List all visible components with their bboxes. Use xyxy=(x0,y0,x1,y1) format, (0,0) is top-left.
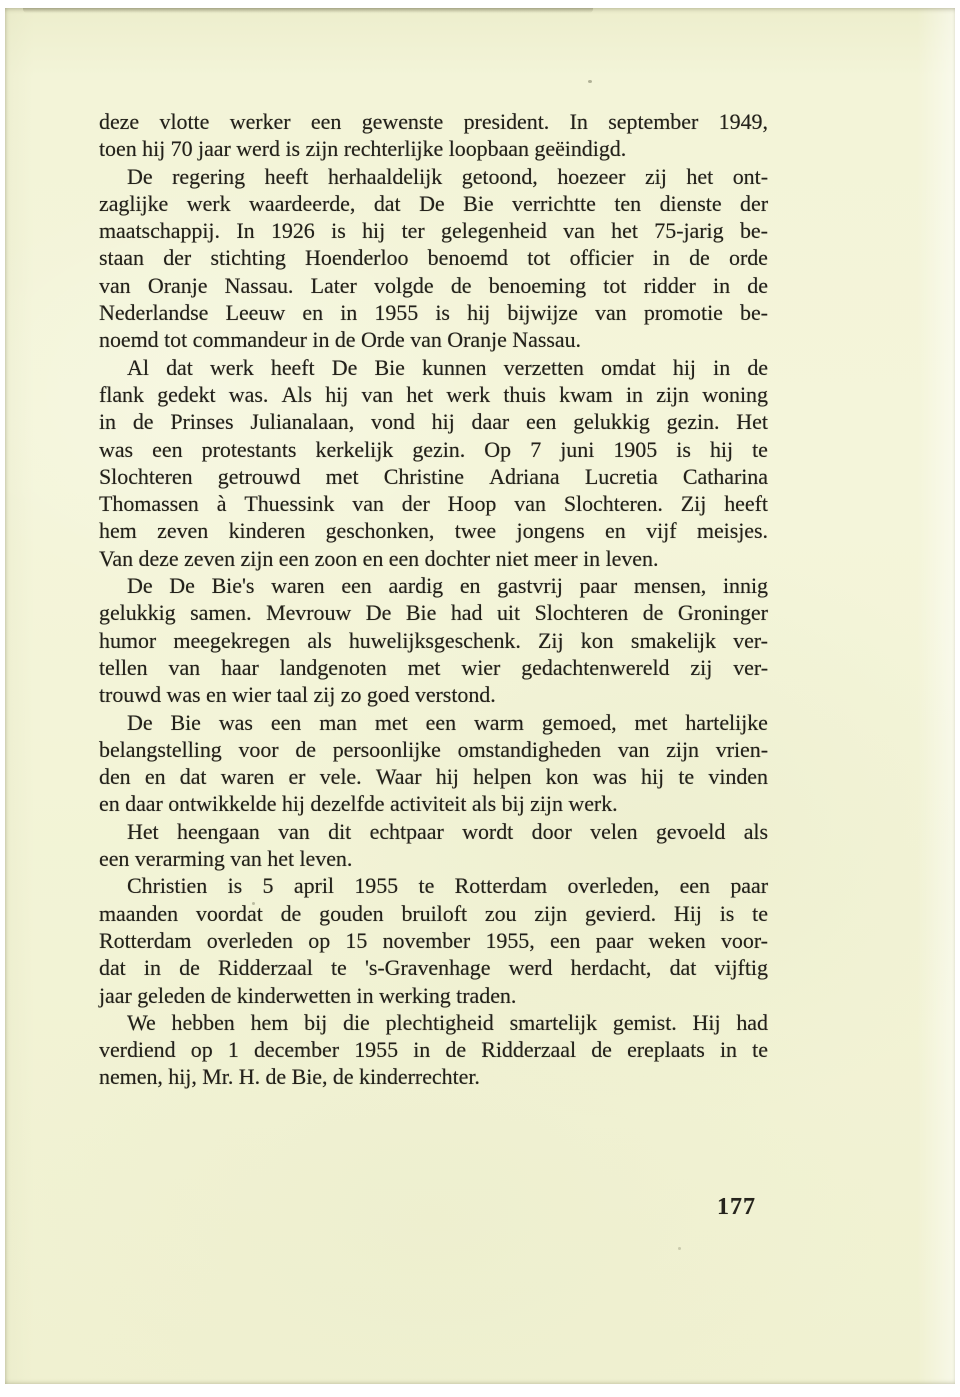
word: Christien xyxy=(127,872,207,899)
word: de xyxy=(133,408,154,435)
text-line: jaar geleden de kinderwetten in werking … xyxy=(99,982,768,1009)
word: gelegenheid xyxy=(441,217,547,244)
word: de xyxy=(179,954,200,981)
word: orde xyxy=(729,244,768,271)
word: den xyxy=(99,763,131,790)
word: zaglijke xyxy=(99,190,168,217)
word: stichting xyxy=(210,244,285,271)
word: De xyxy=(127,163,153,190)
word: gedachtenwereld xyxy=(521,654,669,681)
word: de xyxy=(747,272,768,299)
word: tot xyxy=(603,272,626,299)
word: overleden, xyxy=(567,872,659,899)
word: vrien- xyxy=(716,736,768,763)
word: in xyxy=(99,408,116,435)
word: 1955 xyxy=(354,1036,398,1063)
word: 5 xyxy=(263,872,274,899)
word: twee xyxy=(455,517,496,544)
word: Slochteren. xyxy=(564,490,663,517)
text-line: een verarming van het leven. xyxy=(99,845,768,872)
word: van xyxy=(618,736,650,763)
word: te xyxy=(752,900,768,927)
word: er xyxy=(288,763,305,790)
word: warm xyxy=(474,709,524,736)
word: De xyxy=(169,572,195,599)
text-line: Rotterdamoverledenop15november1955,eenpa… xyxy=(99,927,768,954)
word: Op xyxy=(484,436,511,463)
word: een xyxy=(341,572,371,599)
text-line: noemd tot commandeur in de Orde van Oran… xyxy=(99,326,768,353)
word: overleden xyxy=(207,927,293,954)
word: Zij xyxy=(538,627,564,654)
word: Lucretia xyxy=(585,463,658,490)
word: hij xyxy=(467,299,490,326)
word: 1955 xyxy=(354,872,398,899)
word: dat xyxy=(670,954,697,981)
word: is xyxy=(228,872,243,899)
word: die xyxy=(343,1009,370,1036)
word: Bie xyxy=(171,709,201,736)
word: omdat xyxy=(601,354,656,381)
word: met xyxy=(326,463,359,490)
word: december xyxy=(254,1036,339,1063)
word: ver- xyxy=(733,654,768,681)
word: van xyxy=(352,490,384,517)
word: te xyxy=(752,436,768,463)
word: in xyxy=(713,354,730,381)
word: werk xyxy=(210,354,254,381)
word: het xyxy=(686,163,713,190)
word: Als xyxy=(282,381,312,408)
word: Rotterdam xyxy=(455,872,547,899)
text-line: Van deze zeven zijn een zoon en een doch… xyxy=(99,545,768,572)
text-line: Hetheengaanvanditechtpaarwordtdoorveleng… xyxy=(99,818,768,845)
word: gevierd. xyxy=(585,900,656,927)
word: hij xyxy=(362,217,385,244)
word: in xyxy=(713,272,730,299)
word: zijn xyxy=(666,736,699,763)
word: van xyxy=(514,490,546,517)
word: hij xyxy=(673,354,696,381)
word: dat xyxy=(180,763,207,790)
word: huwelijksgeschenk. xyxy=(349,627,521,654)
word: zijn xyxy=(656,381,689,408)
word: De xyxy=(127,709,153,736)
word: waren xyxy=(271,572,325,599)
word: van xyxy=(99,272,131,299)
word: paar xyxy=(730,872,768,899)
text-line: Wehebbenhembijdieplechtigheidsmartelijkg… xyxy=(99,1009,768,1036)
word: een xyxy=(526,408,556,435)
word: omstandigheden xyxy=(458,736,602,763)
word: kwam xyxy=(559,381,613,408)
word: als xyxy=(744,818,768,845)
word: be- xyxy=(740,217,768,244)
word: te xyxy=(419,872,435,899)
scan-speck xyxy=(588,80,592,83)
word: Hij xyxy=(674,900,702,927)
word: tot xyxy=(527,244,550,271)
word: en xyxy=(302,299,323,326)
word: De xyxy=(332,354,358,381)
word: belangstelling xyxy=(99,736,222,763)
word: Prinses xyxy=(170,408,233,435)
text-line: dezevlottewerkereengewenstepresident.Ins… xyxy=(99,108,768,135)
word: samen. xyxy=(190,599,251,626)
word: vijf xyxy=(646,517,676,544)
word: in xyxy=(653,244,670,271)
word: Adriana xyxy=(489,463,560,490)
word: in xyxy=(720,1036,737,1063)
word: was. xyxy=(229,381,269,408)
word: We xyxy=(127,1009,156,1036)
word: paar xyxy=(580,572,618,599)
word: woning xyxy=(702,381,768,408)
word: be- xyxy=(740,299,768,326)
word: 1949, xyxy=(719,108,768,135)
word: van xyxy=(278,818,310,845)
word: De xyxy=(419,190,445,217)
word: deze xyxy=(99,108,139,135)
word: wier xyxy=(461,654,500,681)
word: hebben xyxy=(172,1009,235,1036)
word: Bie xyxy=(374,354,404,381)
text-line: en daar ontwikkelde hij dezelfde activit… xyxy=(99,790,768,817)
word: september xyxy=(608,108,698,135)
word: velen xyxy=(590,818,637,845)
word: hartelijke xyxy=(685,709,768,736)
word: smakelijk xyxy=(631,627,716,654)
word: de xyxy=(747,354,768,381)
word: gedekt xyxy=(157,381,215,408)
text-line: hemzevenkinderengeschonken,tweejongensen… xyxy=(99,517,768,544)
word: met xyxy=(375,709,408,736)
word: president. xyxy=(464,108,550,135)
word: dat xyxy=(99,954,126,981)
word: door xyxy=(532,818,572,845)
word: dat xyxy=(166,354,193,381)
word: november xyxy=(383,927,471,954)
word: verrichtte xyxy=(512,190,596,217)
text-line: maatschappij.In1926ishijtergelegenheidva… xyxy=(99,217,768,244)
word: vond xyxy=(371,408,415,435)
word: der xyxy=(163,244,191,271)
word: thuis xyxy=(503,381,546,408)
word: gezin. xyxy=(667,408,720,435)
text-line: tellenvanhaarlandgenotenmetwiergedachten… xyxy=(99,654,768,681)
word: Leeuw xyxy=(226,299,286,326)
word: gewenste xyxy=(362,108,443,135)
word: was xyxy=(593,763,627,790)
text-line: datindeRidderzaalte's-Gravenhagewerdherd… xyxy=(99,954,768,981)
word: der xyxy=(402,490,430,517)
word: ver- xyxy=(733,627,768,654)
word: hem xyxy=(251,1009,289,1036)
word: gastvrij xyxy=(497,572,563,599)
word: en xyxy=(145,763,166,790)
word: benoeming xyxy=(489,272,586,299)
word: gemoed, xyxy=(542,709,617,736)
word: wordt xyxy=(462,818,513,845)
word: 1955, xyxy=(485,927,534,954)
text-line: NederlandseLeeuwenin1955ishijbijwijzevan… xyxy=(99,299,768,326)
word: kerkelijk xyxy=(316,436,394,463)
text-line: Christienis5april1955teRotterdamoverlede… xyxy=(99,872,768,899)
word: Thomassen xyxy=(99,490,199,517)
word: bruiloft xyxy=(401,900,467,927)
text-line: nemen, hij, Mr. H. de Bie, de kinderrech… xyxy=(99,1063,768,1090)
word: landgenoten xyxy=(280,654,387,681)
word: gemist. xyxy=(613,1009,677,1036)
word: van xyxy=(563,217,595,244)
word: en xyxy=(460,572,481,599)
text-line: vanOranjeNassau.Latervolgdedebenoemingto… xyxy=(99,272,768,299)
word: echtpaar xyxy=(370,818,444,845)
word: 1 xyxy=(228,1036,239,1063)
word: hij xyxy=(432,408,455,435)
word: uit xyxy=(497,599,520,626)
word: vele. xyxy=(320,763,362,790)
word: getoond, xyxy=(462,163,538,190)
word: bijwijze xyxy=(507,299,577,326)
word: humor xyxy=(99,627,156,654)
word: Rotterdam xyxy=(99,927,191,954)
word: hij xyxy=(641,763,664,790)
text-line: gelukkigsamen.MevrouwDeBiehaduitSlochter… xyxy=(99,599,768,626)
word: Al xyxy=(127,354,149,381)
word: in xyxy=(413,1036,430,1063)
word: In xyxy=(236,217,254,244)
word: de xyxy=(295,736,316,763)
text-line: toen hij 70 jaar werd is zijn rechterlij… xyxy=(99,135,768,162)
word: Mevrouw xyxy=(266,599,351,626)
word: benoemd xyxy=(428,244,508,271)
word: ridder xyxy=(644,272,696,299)
word: verdiend xyxy=(99,1036,176,1063)
word: kinderen xyxy=(229,517,306,544)
scan-speck xyxy=(678,1247,681,1250)
word: hem xyxy=(99,517,137,544)
word: vinden xyxy=(708,763,768,790)
word: ont- xyxy=(733,163,768,190)
word: van xyxy=(169,654,201,681)
word: zou xyxy=(485,900,517,927)
word: de xyxy=(451,272,472,299)
text-line: zaglijkewerkwaardeerde,datDeBieverrichtt… xyxy=(99,190,768,217)
word: ten xyxy=(614,190,641,217)
word: meegekregen xyxy=(173,627,290,654)
word: is xyxy=(720,900,735,927)
word: man xyxy=(319,709,357,736)
word: Het xyxy=(736,408,768,435)
scan-background: { "page": { "number": "177", "paper_colo… xyxy=(0,0,960,1397)
word: protestants xyxy=(202,436,297,463)
word: een xyxy=(680,872,710,899)
text-line: DeBiewaseenmanmeteenwarmgemoed,methartel… xyxy=(99,709,768,736)
word: smartelijk xyxy=(510,1009,597,1036)
word: te xyxy=(752,1036,768,1063)
word: jongens xyxy=(517,517,585,544)
word: Christine xyxy=(384,463,464,490)
text-line: Deregeringheeftherhaaldelijkgetoond,hoez… xyxy=(99,163,768,190)
word: 1955 xyxy=(374,299,418,326)
word: verzetten xyxy=(504,354,584,381)
word: in xyxy=(144,954,161,981)
word: een xyxy=(426,709,456,736)
word: 7 xyxy=(530,436,541,463)
word: in xyxy=(626,381,643,408)
word: Groninger xyxy=(678,599,768,626)
word: hoezeer xyxy=(557,163,625,190)
word: daar xyxy=(472,408,510,435)
word: Het xyxy=(127,818,159,845)
word: Hij xyxy=(693,1009,721,1036)
word: juni xyxy=(560,436,594,463)
word: was xyxy=(99,436,133,463)
word: Hoenderloo xyxy=(305,244,408,271)
word: kon xyxy=(581,627,614,654)
word: geschonken, xyxy=(326,517,435,544)
word: maatschappij. xyxy=(99,217,220,244)
word: bij xyxy=(304,1009,327,1036)
word: persoonlijke xyxy=(333,736,441,763)
word: een xyxy=(271,709,301,736)
word: Zij xyxy=(681,490,707,517)
word: heeft xyxy=(724,490,768,517)
word: hij xyxy=(325,381,348,408)
word: met xyxy=(408,654,441,681)
word: april xyxy=(294,872,334,899)
word: hij xyxy=(436,763,459,790)
word: voor xyxy=(238,736,278,763)
word: gouden xyxy=(319,900,383,927)
text-line: maandenvoordatdegoudenbruiloftzouzijngev… xyxy=(99,900,768,927)
word: gevoeld xyxy=(656,818,725,845)
word: officier xyxy=(570,244,634,271)
word: heeft xyxy=(265,163,309,190)
word: gezin. xyxy=(412,436,465,463)
page-top-edge-smudge xyxy=(23,8,593,13)
text-line: trouwd was en wier taal zij zo goed vers… xyxy=(99,681,768,708)
word: werker xyxy=(230,108,291,135)
word: waren xyxy=(221,763,275,790)
text-line: humormeegekregenalshuwelijksgeschenk.Zij… xyxy=(99,627,768,654)
text-line: DeDeBie'swareneenaardigengastvrijpaarmen… xyxy=(99,572,768,599)
word: voor- xyxy=(721,927,768,954)
word: dit xyxy=(328,818,351,845)
word: de xyxy=(591,1036,612,1063)
text-line: flankgedektwas.Alshijvanhetwerkthuiskwam… xyxy=(99,381,768,408)
word: heeft xyxy=(271,354,315,381)
word: à xyxy=(217,490,227,517)
word: het xyxy=(406,381,433,408)
word: De xyxy=(366,599,392,626)
word: innig xyxy=(723,572,768,599)
word: Slochteren xyxy=(99,463,193,490)
word: had xyxy=(451,599,483,626)
word: 15 xyxy=(345,927,367,954)
word: flank xyxy=(99,381,144,408)
word: kon xyxy=(546,763,579,790)
word: Ridderzaal xyxy=(218,954,313,981)
word: werk xyxy=(446,381,490,408)
word: het xyxy=(611,217,638,244)
word: getrouwd xyxy=(218,463,301,490)
word: In xyxy=(570,108,588,135)
word: op xyxy=(308,927,330,954)
word: de xyxy=(445,1036,466,1063)
word: heengaan xyxy=(177,818,260,845)
word: paar xyxy=(596,927,634,954)
word: kunnen xyxy=(422,354,486,381)
text-line: ThomassenàThuessinkvanderHoopvanSlochter… xyxy=(99,490,768,517)
text-line: SlochterengetrouwdmetChristineAdrianaLuc… xyxy=(99,463,768,490)
word: Julianalaan, xyxy=(250,408,354,435)
body-text: dezevlottewerkereengewenstepresident.Ins… xyxy=(99,108,768,1091)
word: tellen xyxy=(99,654,148,681)
word: meisjes. xyxy=(697,517,768,544)
word: zij xyxy=(645,163,667,190)
word: staan xyxy=(99,244,144,271)
word: hij xyxy=(710,436,733,463)
word: vlotte xyxy=(160,108,210,135)
word: Hoop xyxy=(448,490,497,517)
word: helpen xyxy=(473,763,531,790)
word: regering xyxy=(172,163,245,190)
text-line: belangstellingvoordepersoonlijkeomstandi… xyxy=(99,736,768,763)
word: is xyxy=(435,299,450,326)
book-page: dezevlottewerkereengewenstepresident.Ins… xyxy=(5,8,955,1384)
word: ereplaats xyxy=(627,1036,705,1063)
word: te xyxy=(331,954,347,981)
word: 1905 xyxy=(613,436,657,463)
word: en xyxy=(605,517,626,544)
word: ter xyxy=(402,217,425,244)
word: vijftig xyxy=(714,954,767,981)
word: de xyxy=(643,599,664,626)
word: weken xyxy=(649,927,706,954)
text-line: waseenprotestantskerkelijkgezin.Op7juni1… xyxy=(99,436,768,463)
word: een xyxy=(152,436,182,463)
word: een xyxy=(311,108,341,135)
word: aardig xyxy=(388,572,443,599)
word: 's-Gravenhage xyxy=(365,954,490,981)
word: Ridderzaal xyxy=(481,1036,576,1063)
word: te xyxy=(678,763,694,790)
word: als xyxy=(307,627,331,654)
word: dienste xyxy=(660,190,722,217)
word: 1926 xyxy=(271,217,315,244)
word: dat xyxy=(374,190,401,217)
text-line: verdiendop1december1955indeRidderzaaldee… xyxy=(99,1036,768,1063)
word: maanden xyxy=(99,900,178,927)
word: in xyxy=(340,299,357,326)
word: Bie xyxy=(406,599,436,626)
word: werk xyxy=(187,190,231,217)
word: Bie xyxy=(463,190,493,217)
word: is xyxy=(676,436,691,463)
word: waardeerde, xyxy=(249,190,355,217)
word: mensen, xyxy=(634,572,706,599)
word: Catharina xyxy=(683,463,768,490)
word: gelukkig xyxy=(573,408,650,435)
word: der xyxy=(740,190,768,217)
scan-speck xyxy=(252,902,255,905)
word: met xyxy=(635,709,668,736)
word: van xyxy=(362,381,394,408)
word: had xyxy=(736,1009,768,1036)
word: zijn xyxy=(534,900,567,927)
